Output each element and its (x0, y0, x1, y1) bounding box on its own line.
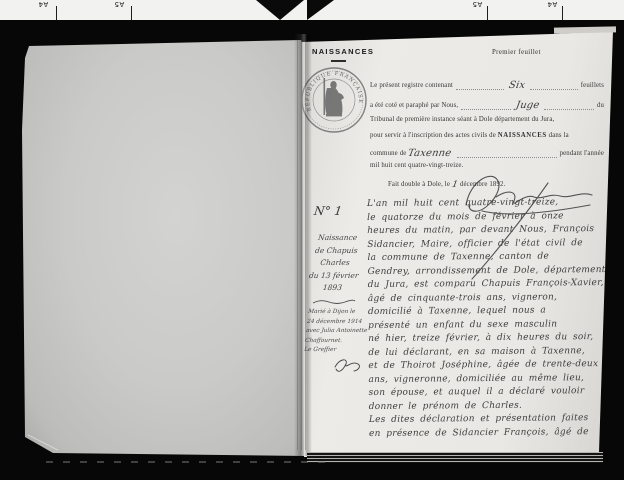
dotted-leader (530, 83, 578, 90)
printed-text: a été coté et paraphé par Nous, (370, 102, 458, 110)
form-line-4: pour servir à l'inscription des actes ci… (370, 132, 604, 140)
ruler-label-a4-left: A4 (38, 0, 48, 8)
printed-text: Le présent registre contenant (370, 82, 453, 90)
marriage-mention-note: Marié à Dijon le24 décembre 1914avec Jul… (304, 308, 371, 356)
printed-text: Tribunal de première instance séant à Do… (370, 116, 554, 124)
ruler-label-a5-right: A5 (472, 0, 482, 8)
printed-text: feuillets (581, 82, 604, 90)
fiducial-triangle-icon (307, 0, 334, 20)
handwritten-line: avec Julia Antoinette (306, 327, 369, 337)
handwritten-line: son épouse, et auquel il a déclaré voulo… (369, 385, 611, 401)
dotted-leader (456, 83, 504, 90)
handwritten-line: Marié à Dijon le (307, 308, 370, 318)
ruler-tick (131, 6, 132, 20)
handwritten-line: né hier, treize février, à dix heures du… (368, 331, 610, 347)
dotted-leader (457, 151, 557, 158)
book-right-page: NAISSANCES Premier feuillet RÉPUBLIQUE F… (302, 31, 614, 459)
handwritten-line: Charles (303, 257, 366, 270)
register-type-heading: NAISSANCES (312, 47, 374, 56)
printed-text: commune de (370, 150, 406, 158)
handwritten-line: 24 décembre 1914 (306, 318, 369, 328)
handwritten-line: et de Thoirot Joséphine, âgée de trente-… (368, 358, 610, 374)
margin-separator-squiggle (312, 298, 356, 306)
act-number: N° 1 (313, 204, 343, 218)
handwritten-line: Chaffournet. (305, 337, 368, 347)
printed-text: pour servir à l'inscription des actes ci… (370, 132, 496, 140)
printed-text: mil huit cent quatre-vingt-treize. (370, 162, 463, 170)
form-line-1: Le présent registre contenant Six feuill… (370, 79, 604, 90)
handwritten-line: Naissance (306, 232, 369, 245)
ruler-tick (487, 6, 488, 20)
printed-text: dans la (549, 132, 569, 140)
ruler-tick (56, 6, 57, 20)
stacked-page-edges-bottom (307, 452, 603, 463)
seated-marianne-figure (324, 78, 345, 116)
page-edge-highlights (46, 461, 326, 463)
decorative-dash (331, 60, 346, 62)
handwritten-line: de Chapuis (305, 245, 368, 258)
form-line-5: commune de Taxenne pendant l'année (370, 147, 604, 158)
form-line-3: Tribunal de première instance séant à Do… (370, 116, 604, 124)
ruler-tick (562, 6, 563, 20)
fiducial-triangle-icon (256, 0, 304, 20)
ruler-label-a5-left: A5 (114, 0, 124, 8)
handwritten-line: en présence de Sidancier François, âgé d… (369, 425, 611, 441)
handwritten-line: Les dites déclaration et présentation fa… (369, 412, 611, 428)
microfilm-scan-viewport: { "ruler": { "marks": ["A4", "A5", "A5",… (0, 0, 624, 480)
right-page-content: NAISSANCES Premier feuillet RÉPUBLIQUE F… (304, 36, 610, 456)
dotted-leader (544, 103, 594, 110)
printed-text: pendant l'année (560, 150, 604, 158)
handwritten-line: Le Greffier (304, 346, 367, 356)
dotted-leader (461, 103, 511, 110)
handwritten-line: Sidancier, Maire, officier de l'état civ… (367, 236, 609, 252)
handwritten-line: du Jura, est comparu Chapuis François-Xa… (368, 277, 610, 293)
microfilm-ruler-strip: A4 A5 A5 A4 (0, 0, 624, 20)
handwritten-line: heures du matin, par devant Nous, Franço… (367, 223, 609, 239)
book-left-page (20, 40, 306, 456)
printed-text: du (597, 102, 604, 110)
form-line-2: a été coté et paraphé par Nous, Juge du (370, 99, 604, 110)
printed-text-bold: NAISSANCES (498, 132, 547, 140)
handwritten-fill-in: Taxenne (405, 148, 454, 159)
handwritten-fill-in: Juge (513, 100, 542, 111)
printed-text: Fait double à Dole, le (388, 181, 450, 189)
ruler-label-a4-right: A4 (547, 0, 557, 8)
handwritten-fill-in: Six (506, 80, 528, 91)
birth-act-text: L'an mil huit cent quatre-vingt-treize,l… (367, 196, 611, 441)
stacked-page-edges (297, 40, 307, 450)
folio-label: Premier feuillet (492, 49, 541, 56)
clerk-signature-flourish (332, 356, 364, 374)
